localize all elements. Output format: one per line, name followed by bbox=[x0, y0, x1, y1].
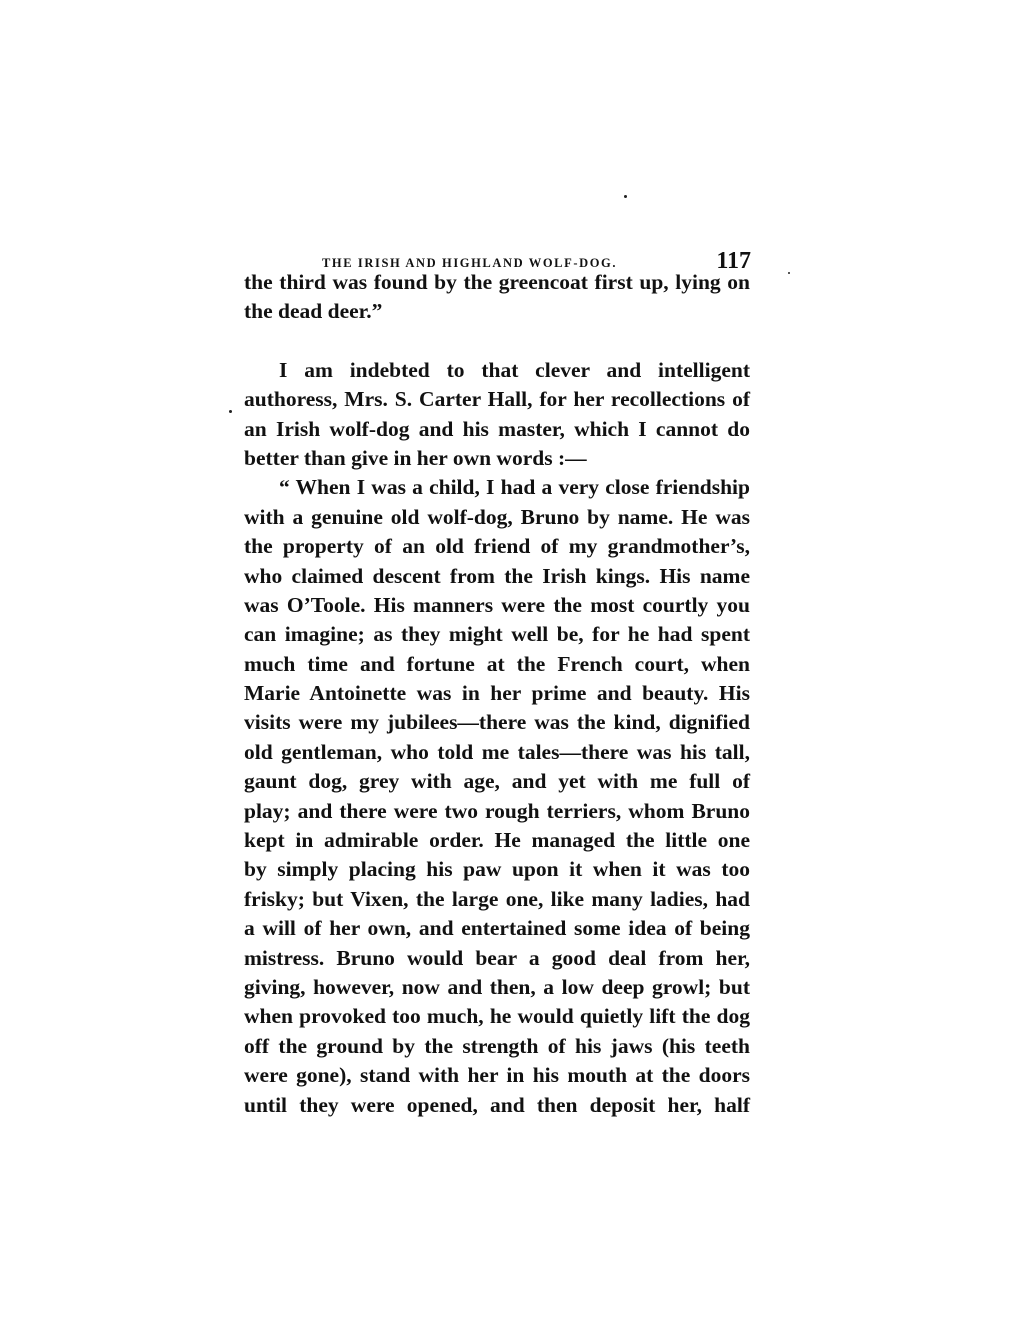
stray-ink-mark bbox=[624, 195, 627, 198]
text-line: a will of her own, and entertained some … bbox=[244, 914, 750, 943]
text-line: the property of an old friend of my gran… bbox=[244, 532, 750, 561]
text-line: frisky; but Vixen, the large one, like m… bbox=[244, 885, 750, 914]
stray-ink-mark bbox=[229, 410, 232, 413]
text-line: by simply placing his paw upon it when i… bbox=[244, 855, 750, 884]
text-line: can imagine; as they might well be, for … bbox=[244, 620, 750, 649]
text-line: the dead deer.” bbox=[244, 297, 750, 326]
text-line: mistress. Bruno would bear a good deal f… bbox=[244, 944, 750, 973]
stray-ink-mark bbox=[788, 272, 790, 274]
text-line: much time and fortune at the French cour… bbox=[244, 650, 750, 679]
paragraph-quotation: “ When I was a child, I had a very close… bbox=[244, 473, 750, 1120]
text-line: the third was found by the greencoat fir… bbox=[244, 268, 750, 297]
text-line: were gone), stand with her in his mouth … bbox=[244, 1061, 750, 1090]
text-line: play; and there were two rough terriers,… bbox=[244, 797, 750, 826]
text-line: Marie Antoinette was in her prime and be… bbox=[244, 679, 750, 708]
text-line: who claimed descent from the Irish kings… bbox=[244, 562, 750, 591]
text-line: I am indebted to that clever and intelli… bbox=[244, 356, 750, 385]
page-body: the third was found by the greencoat fir… bbox=[244, 268, 750, 1120]
paragraph-introduction: I am indebted to that clever and intelli… bbox=[244, 356, 750, 474]
text-line: better than give in her own words :— bbox=[244, 444, 750, 473]
text-line: “ When I was a child, I had a very close… bbox=[244, 473, 750, 502]
paragraph-continuation: the third was found by the greencoat fir… bbox=[244, 268, 750, 327]
text-line: gaunt dog, grey with age, and yet with m… bbox=[244, 767, 750, 796]
text-line: old gentleman, who told me tales—there w… bbox=[244, 738, 750, 767]
text-line: off the ground by the strength of his ja… bbox=[244, 1032, 750, 1061]
book-page: THE IRISH AND HIGHLAND WOLF-DOG. 117 the… bbox=[0, 0, 1033, 1339]
text-line: was O’Toole. His manners were the most c… bbox=[244, 591, 750, 620]
text-line: authoress, Mrs. S. Carter Hall, for her … bbox=[244, 385, 750, 414]
text-line: kept in admirable order. He managed the … bbox=[244, 826, 750, 855]
text-line: with a genuine old wolf-dog, Bruno by na… bbox=[244, 503, 750, 532]
text-line: until they were opened, and then deposit… bbox=[244, 1091, 750, 1120]
text-line: when provoked too much, he would quietly… bbox=[244, 1002, 750, 1031]
text-line: giving, however, now and then, a low dee… bbox=[244, 973, 750, 1002]
text-line: visits were my jubilees—there was the ki… bbox=[244, 708, 750, 737]
text-line: an Irish wolf-dog and his master, which … bbox=[244, 415, 750, 444]
